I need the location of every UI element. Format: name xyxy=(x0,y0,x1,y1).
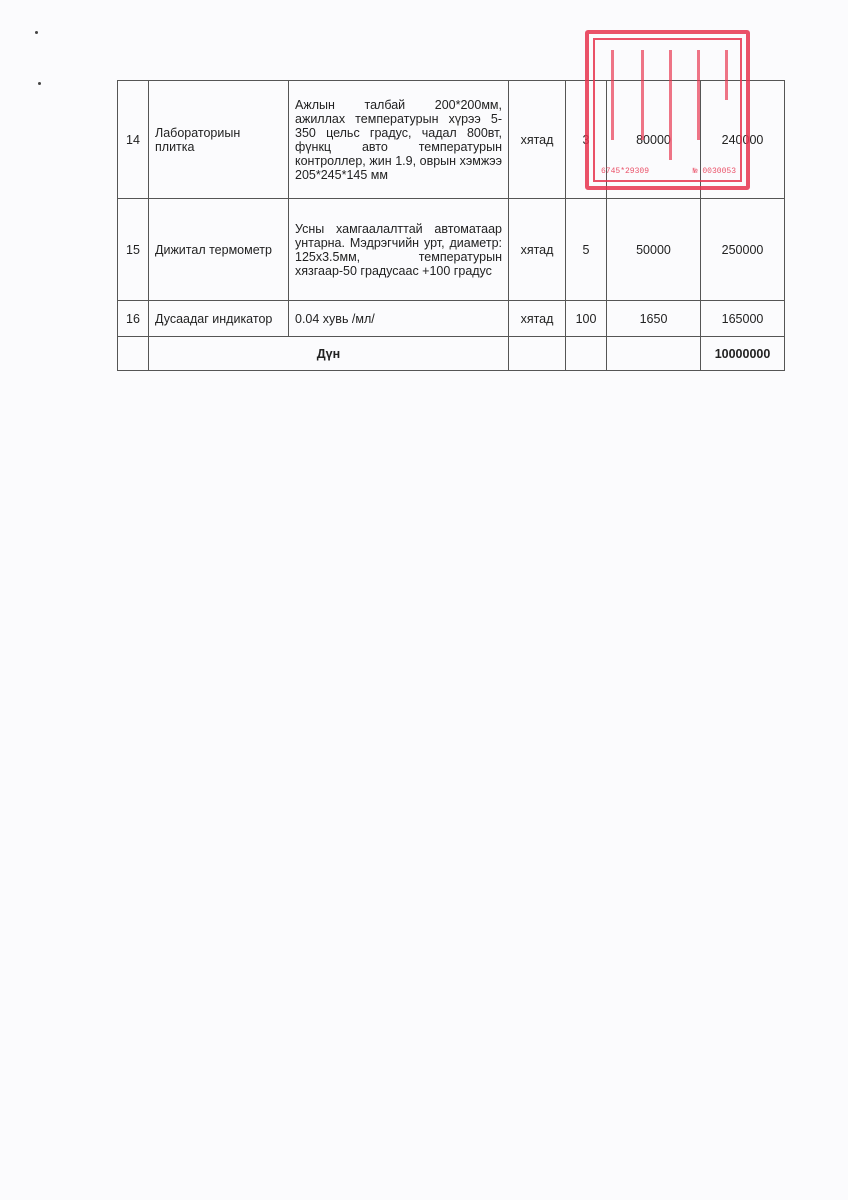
row-number: 16 xyxy=(118,301,149,337)
item-unit-price: 1650 xyxy=(607,301,701,337)
scan-speck xyxy=(35,31,38,34)
table-row: 15 Дижитал термометр Усны хамгаалалттай … xyxy=(118,199,785,301)
item-unit-price: 80000 xyxy=(607,81,701,199)
item-spec: 0.04 хувь /мл/ xyxy=(289,301,509,337)
total-label: Дүн xyxy=(149,337,509,371)
item-origin: хятад xyxy=(509,199,566,301)
item-total: 165000 xyxy=(701,301,785,337)
empty-cell xyxy=(566,337,607,371)
empty-cell xyxy=(509,337,566,371)
item-qty: 100 xyxy=(566,301,607,337)
item-total: 250000 xyxy=(701,199,785,301)
total-row: Дүн 10000000 xyxy=(118,337,785,371)
empty-cell xyxy=(118,337,149,371)
item-origin: хятад xyxy=(509,301,566,337)
row-number: 14 xyxy=(118,81,149,199)
item-spec: Усны хамгаалалттай автоматаар унтарна. М… xyxy=(289,199,509,301)
item-name: Дусаадаг индикатор xyxy=(149,301,289,337)
item-total: 240000 xyxy=(701,81,785,199)
item-spec: Ажлын талбай 200*200мм, ажиллах температ… xyxy=(289,81,509,199)
grand-total: 10000000 xyxy=(701,337,785,371)
table-row: 16 Дусаадаг индикатор 0.04 хувь /мл/ хят… xyxy=(118,301,785,337)
item-origin: хятад xyxy=(509,81,566,199)
row-number: 15 xyxy=(118,199,149,301)
scan-speck xyxy=(38,82,41,85)
table-row: 14 Лабораториын плитка Ажлын талбай 200*… xyxy=(118,81,785,199)
items-table: 14 Лабораториын плитка Ажлын талбай 200*… xyxy=(117,80,785,371)
item-unit-price: 50000 xyxy=(607,199,701,301)
item-qty: 3 xyxy=(566,81,607,199)
empty-cell xyxy=(607,337,701,371)
item-qty: 5 xyxy=(566,199,607,301)
item-name: Дижитал термометр xyxy=(149,199,289,301)
item-name: Лабораториын плитка xyxy=(149,81,289,199)
